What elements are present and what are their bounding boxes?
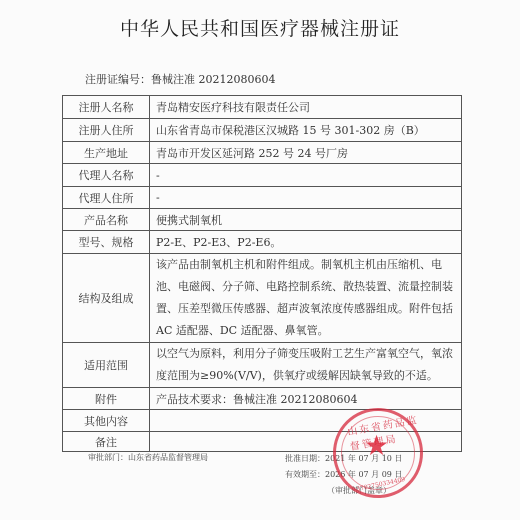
row-label: 适用范围 bbox=[63, 343, 150, 388]
table-row: 结构及组成 该产品由制氧机主机和附件组成。制氧机主机由压缩机、电池、电磁阀、分子… bbox=[63, 254, 462, 343]
row-value: - bbox=[150, 187, 462, 209]
row-label: 备注 bbox=[63, 432, 150, 452]
row-value: 以空气为原料，利用分子筛变压吸附工艺生产富氧空气，氧浓度范围为≥90%(V/V)… bbox=[150, 343, 462, 388]
certificate-table: 注册人名称 青岛精安医疗科技有限责任公司 注册人住所 山东省青岛市保税港区汉城路… bbox=[62, 95, 462, 452]
row-label: 生产地址 bbox=[63, 142, 150, 164]
row-label: 型号、规格 bbox=[63, 231, 150, 254]
row-label: 代理人住所 bbox=[63, 187, 150, 209]
approval-department: 审批部门：山东省药品监督管理局 bbox=[88, 452, 208, 463]
registration-number-label: 注册证编号： bbox=[85, 73, 151, 86]
table-row: 注册人住所 山东省青岛市保税港区汉城路 15 号 301-302 房（B） bbox=[63, 119, 462, 142]
table-row: 注册人名称 青岛精安医疗科技有限责任公司 bbox=[63, 96, 462, 119]
approval-date-row: 批准日期：2021 年 07 月 10 日 bbox=[285, 451, 402, 467]
table-row: 生产地址 青岛市开发区延河路 252 号 24 号厂房 bbox=[63, 142, 462, 164]
valid-until-label: 有效期至： bbox=[285, 467, 325, 483]
row-label: 产品名称 bbox=[63, 209, 150, 231]
row-value: 青岛精安医疗科技有限责任公司 bbox=[150, 96, 462, 119]
row-label: 代理人名称 bbox=[63, 164, 150, 187]
row-value: 该产品由制氧机主机和附件组成。制氧机主机由压缩机、电池、电磁阀、分子筛、电路控制… bbox=[150, 254, 462, 343]
valid-until-row: 有效期至：2026 年 07 月 09 日 bbox=[285, 467, 402, 483]
registration-number: 注册证编号：鲁械注准 20212080604 bbox=[85, 71, 275, 87]
table-row: 产品名称 便携式制氧机 bbox=[63, 209, 462, 231]
row-value bbox=[150, 410, 462, 432]
row-value: 青岛市开发区延河路 252 号 24 号厂房 bbox=[150, 142, 462, 164]
footer-dates: 批准日期：2021 年 07 月 10 日 有效期至：2026 年 07 月 0… bbox=[285, 451, 402, 499]
valid-until: 2026 年 07 月 09 日 bbox=[325, 467, 402, 483]
row-label: 附件 bbox=[63, 388, 150, 410]
table-row: 代理人名称 - bbox=[63, 164, 462, 187]
approval-date: 2021 年 07 月 10 日 bbox=[325, 451, 402, 467]
table-row: 其他内容 bbox=[63, 410, 462, 432]
certificate-title: 中华人民共和国医疗器械注册证 bbox=[0, 14, 520, 41]
row-label: 其他内容 bbox=[63, 410, 150, 432]
row-value: P2-E、P2-E3、P2-E6。 bbox=[150, 231, 462, 254]
table-row: 代理人住所 - bbox=[63, 187, 462, 209]
table-row: 适用范围 以空气为原料，利用分子筛变压吸附工艺生产富氧空气，氧浓度范围为≥90%… bbox=[63, 343, 462, 388]
row-value: 山东省青岛市保税港区汉城路 15 号 301-302 房（B） bbox=[150, 119, 462, 142]
table-row: 型号、规格 P2-E、P2-E3、P2-E6。 bbox=[63, 231, 462, 254]
seal-note: （审批部门盖章） bbox=[285, 483, 402, 499]
registration-number-value: 鲁械注准 20212080604 bbox=[151, 73, 275, 86]
row-value bbox=[150, 432, 462, 452]
row-value: - bbox=[150, 164, 462, 187]
row-label: 注册人住所 bbox=[63, 119, 150, 142]
row-value: 便携式制氧机 bbox=[150, 209, 462, 231]
row-label: 注册人名称 bbox=[63, 96, 150, 119]
table-row: 附件 产品技术要求：鲁械注准 20212080604 bbox=[63, 388, 462, 410]
approval-date-label: 批准日期： bbox=[285, 451, 325, 467]
row-label: 结构及组成 bbox=[63, 254, 150, 343]
row-value: 产品技术要求：鲁械注准 20212080604 bbox=[150, 388, 462, 410]
table-row: 备注 bbox=[63, 432, 462, 452]
